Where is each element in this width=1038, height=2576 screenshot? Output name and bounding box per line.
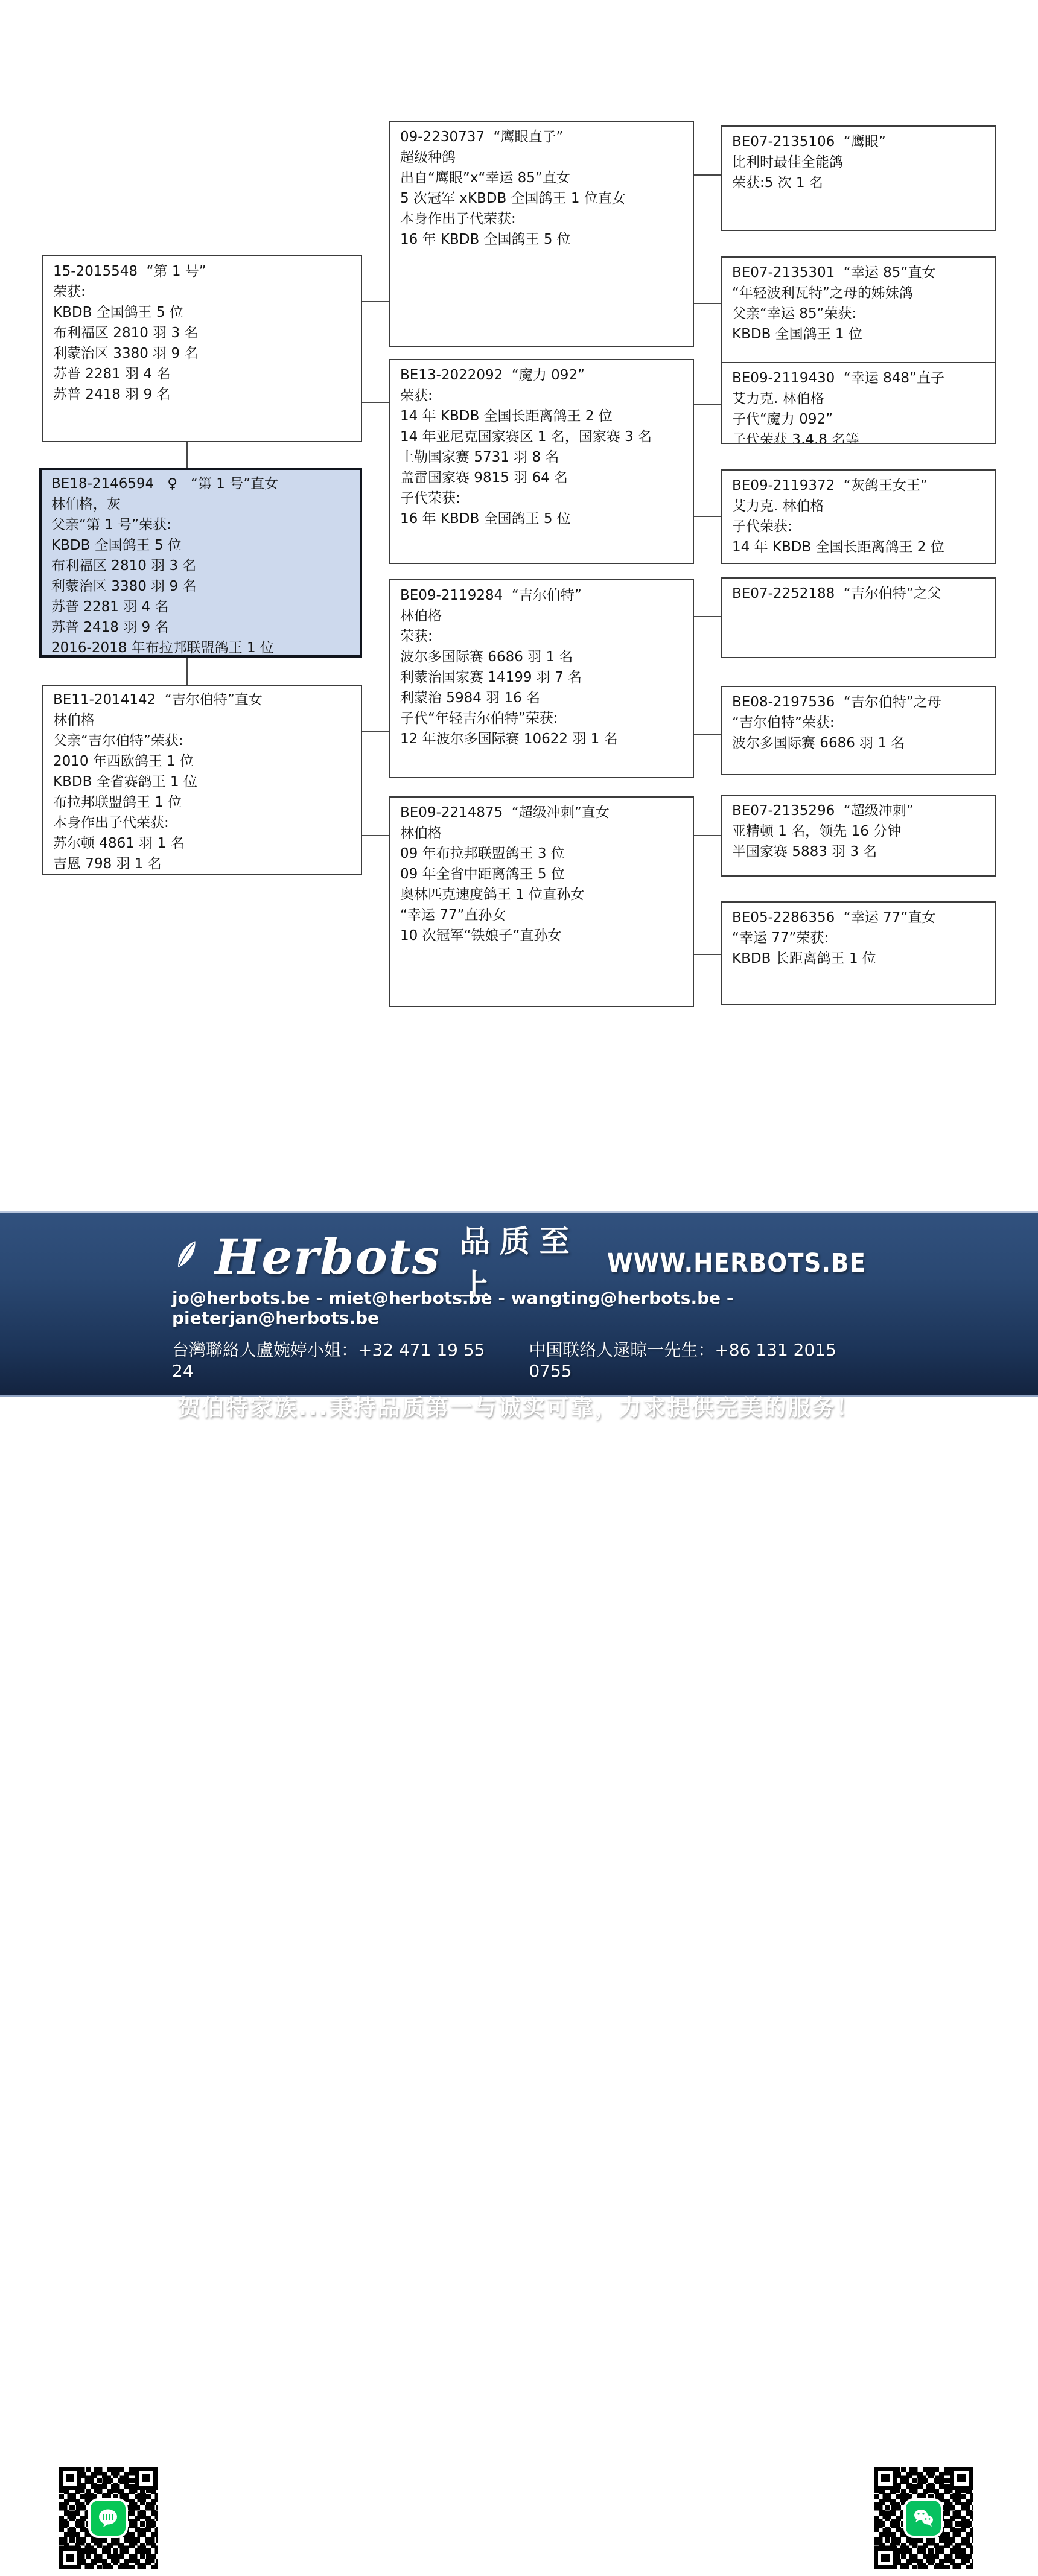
- pedigree-text-line: 亚精顿 1 名，领先 16 分钟: [732, 821, 985, 842]
- pedigree-box-sire-dam-dam: BE09-2119372 “灰鸽王女王”艾力克. 林伯格子代荣获:14 年 KB…: [721, 469, 996, 564]
- pedigree-text-line: 利蒙治区 3380 羽 9 名: [53, 343, 351, 364]
- pedigree-text-line: 14 年 KBDB 全国长距离鸽王 2 位: [400, 406, 683, 427]
- pedigree-text-line: BE09-2214875 “超级冲刺”直女: [400, 802, 683, 823]
- pedigree-text-line: 波尔多国际赛 6686 羽 1 名: [400, 647, 683, 667]
- brand-logo: Herbots: [215, 1232, 441, 1281]
- pedigree-text-line: 艾力克. 林伯格: [732, 496, 985, 516]
- pedigree-text-line: “吉尔伯特”荣获:: [732, 712, 985, 733]
- connector-line: [694, 404, 721, 405]
- connector-line: [694, 835, 721, 836]
- pedigree-text-line: 波尔多国际赛 6686 羽 1 名: [732, 733, 985, 753]
- pedigree-text-line: 12 年波尔多国际赛 10622 羽 1 名: [400, 729, 683, 749]
- pedigree-text-line: KBDB 全国鸽王 5 位: [51, 535, 350, 556]
- pedigree-text-line: 父亲“幸运 85”荣获:: [732, 303, 985, 324]
- pedigree-text-line: BE09-2119430 “幸运 848”直子: [732, 368, 985, 389]
- pedigree-text-line: BE08-2197536 “吉尔伯特”之母: [732, 692, 985, 712]
- pedigree-text-line: 子代“魔力 092”: [732, 409, 985, 430]
- pedigree-text-line: 子代荣获:: [400, 488, 683, 509]
- pedigree-text-line: 2016-2018 年布拉邦联盟鸽王 1 位: [51, 638, 350, 658]
- website-url[interactable]: WWW.HERBOTS.BE: [607, 1248, 866, 1278]
- pedigree-text-line: 利蒙治国家赛 14199 羽 7 名: [400, 667, 683, 688]
- connector-line: [362, 835, 389, 836]
- pedigree-text-line: 09 年布拉邦联盟鸽王 3 位: [400, 843, 683, 864]
- connector-line: [694, 954, 721, 955]
- pedigree-text-line: “年轻波利瓦特”之母的姊妹鸽: [732, 283, 985, 303]
- connector-line: [694, 734, 721, 735]
- pedigree-text-line: 苏普 2281 羽 4 名: [51, 597, 350, 617]
- pedigree-text-line: 苏普 2281 羽 4 名: [53, 364, 351, 384]
- connector-line: [186, 658, 188, 685]
- pedigree-text-line: 荣获:5 次 1 名: [732, 173, 985, 193]
- qr-finder-icon: [59, 2467, 81, 2490]
- pedigree-text-line: BE05-2286356 “幸运 77”直女: [732, 907, 985, 928]
- pedigree-text-line: 利蒙治区 3380 羽 9 名: [51, 576, 350, 597]
- pedigree-text-line: 09-2230737 “鹰眼直子”: [400, 127, 683, 147]
- pedigree-text-line: “幸运 77”直孙女: [400, 905, 683, 925]
- pedigree-text-line: 14 年亚尼克国家赛区 1 名，国家赛 3 名: [400, 427, 683, 447]
- pedigree-text-line: 本身作出子代荣获:: [400, 209, 683, 229]
- contact-china: 中国联络人逯晾一先生：+86 131 2015 0755: [529, 1337, 866, 1381]
- pedigree-text-line: 布利福区 2810 羽 3 名: [51, 556, 350, 576]
- pedigree-text-line: 14 年 KBDB 全国长距离鸽王 2 位: [732, 537, 985, 557]
- pedigree-text-line: 林伯格，灰: [51, 494, 350, 515]
- pedigree-text-line: 艾力克. 林伯格: [732, 389, 985, 409]
- pedigree-box-sire-dam: BE13-2022092 “魔力 092”荣获:14 年 KBDB 全国长距离鸽…: [389, 359, 694, 564]
- qr-finder-icon: [874, 2546, 897, 2569]
- pedigree-text-line: 16 年 KBDB 全国鸽王 5 位: [400, 229, 683, 250]
- pedigree-text-line: BE18-2146594 ♀ “第 1 号”直女: [51, 474, 350, 494]
- pedigree-box-sire-dam-sire: BE09-2119430 “幸运 848”直子艾力克. 林伯格子代“魔力 092…: [721, 362, 996, 444]
- pedigree-text-line: BE07-2135296 “超级冲刺”: [732, 801, 985, 821]
- contact-emails[interactable]: jo@herbots.be - miet@herbots.be - wangti…: [172, 1288, 866, 1328]
- wechat-icon: [906, 2501, 941, 2536]
- wechat-qr-code: [867, 2460, 979, 2576]
- footer-slogan: 贺伯特家族...秉持品质第一与诚实可靠，力求提供完美的服务！: [177, 1389, 860, 1422]
- connector-line: [186, 442, 188, 468]
- line-qr-code: [52, 2460, 164, 2576]
- pedigree-text-line: 半国家赛 5883 羽 3 名: [732, 842, 985, 862]
- connector-line: [694, 174, 721, 176]
- pedigree-text-line: 盖雷国家赛 9815 羽 64 名: [400, 468, 683, 488]
- pedigree-text-line: 09 年全省中距离鸽王 5 位: [400, 864, 683, 884]
- pedigree-text-line: 苏普 2418 羽 9 名: [51, 617, 350, 638]
- pedigree-text-line: 本身作出子代荣获:: [53, 813, 351, 833]
- line-icon: [91, 2501, 126, 2536]
- connector-line: [694, 616, 721, 617]
- pedigree-text-line: BE13-2022092 “魔力 092”: [400, 365, 683, 385]
- pedigree-box-sire-sire-dam: BE07-2135301 “幸运 85”直女“年轻波利瓦特”之母的姊妹鸽父亲“幸…: [721, 256, 996, 368]
- pedigree-text-line: 超级种鸽: [400, 147, 683, 168]
- pedigree-text-line: KBDB 全省赛鸽王 1 位: [53, 772, 351, 792]
- pedigree-text-line: 5 次冠军 xKBDB 全国鸽王 1 位直女: [400, 188, 683, 209]
- pedigree-text-line: KBDB 长距离鸽王 1 位: [732, 948, 985, 969]
- pedigree-text-line: 10 次冠军“铁娘子”直孙女: [400, 925, 683, 946]
- pedigree-text-line: BE07-2135106 “鹰眼”: [732, 132, 985, 152]
- pedigree-text-line: 布利福区 2810 羽 3 名: [53, 323, 351, 343]
- connector-line: [362, 402, 389, 403]
- connector-line: [694, 303, 721, 304]
- pedigree-box-dam-dam-dam: BE05-2286356 “幸运 77”直女“幸运 77”荣获:KBDB 长距离…: [721, 901, 996, 1005]
- pedigree-text-line: 苏普 2418 羽 9 名: [53, 384, 351, 405]
- pedigree-box-dam-dam-sire: BE07-2135296 “超级冲刺”亚精顿 1 名，领先 16 分钟半国家赛 …: [721, 795, 996, 877]
- qr-finder-icon: [135, 2467, 158, 2490]
- pedigree-box-sire: 15-2015548 “第 1 号”荣获:KBDB 全国鸽王 5 位布利福区 2…: [42, 255, 362, 442]
- footer-banner: Herbots 品质至上 WWW.HERBOTS.BE jo@herbots.b…: [0, 1211, 1038, 1397]
- pedigree-text-line: 布拉邦联盟鸽王 1 位: [53, 792, 351, 813]
- pedigree-text-line: 荣获:: [400, 385, 683, 406]
- pedigree-text-line: 苏尔顿 4861 羽 1 名: [53, 833, 351, 854]
- pedigree-box-subject: BE18-2146594 ♀ “第 1 号”直女林伯格，灰父亲“第 1 号”荣获…: [39, 468, 362, 658]
- pedigree-text-line: 荣获:: [400, 626, 683, 647]
- connector-line: [362, 301, 389, 302]
- contact-taiwan: 台灣聯絡人盧婉婷小姐：+32 471 19 55 24: [172, 1337, 494, 1381]
- pedigree-text-line: 利蒙治 5984 羽 16 名: [400, 688, 683, 708]
- pedigree-text-line: KBDB 全国鸽王 5 位: [53, 302, 351, 323]
- pedigree-text-line: KBDB 全国鸽王 1 位: [732, 324, 985, 344]
- pedigree-box-dam-sire: BE09-2119284 “吉尔伯特”林伯格荣获:波尔多国际赛 6686 羽 1…: [389, 579, 694, 778]
- pedigree-box-dam-dam: BE09-2214875 “超级冲刺”直女林伯格09 年布拉邦联盟鸽王 3 位0…: [389, 796, 694, 1007]
- pedigree-text-line: 土勒国家赛 5731 羽 8 名: [400, 447, 683, 468]
- pedigree-text-line: 林伯格: [53, 710, 351, 731]
- pedigree-box-dam-sire-sire: BE07-2252188 “吉尔伯特”之父: [721, 577, 996, 658]
- feather-icon: [169, 1234, 205, 1275]
- connector-line: [694, 516, 721, 517]
- pedigree-text-line: “幸运 77”荣获:: [732, 928, 985, 948]
- pedigree-box-dam-sire-dam: BE08-2197536 “吉尔伯特”之母“吉尔伯特”荣获:波尔多国际赛 668…: [721, 686, 996, 775]
- pedigree-text-line: 荣获:: [53, 282, 351, 302]
- qr-finder-icon: [59, 2546, 81, 2569]
- qr-finder-icon: [950, 2467, 973, 2490]
- qr-finder-icon: [874, 2467, 897, 2490]
- pedigree-text-line: BE09-2119284 “吉尔伯特”: [400, 585, 683, 606]
- pedigree-text-line: 吉恩 798 羽 1 名: [53, 854, 351, 874]
- pedigree-text-line: BE07-2135301 “幸运 85”直女: [732, 262, 985, 283]
- pedigree-text-line: 林伯格: [400, 823, 683, 843]
- pedigree-text-line: 15-2015548 “第 1 号”: [53, 261, 351, 282]
- pedigree-box-dam: BE11-2014142 “吉尔伯特”直女林伯格父亲“吉尔伯特”荣获:2010 …: [42, 685, 362, 875]
- pedigree-text-line: BE07-2252188 “吉尔伯特”之父: [732, 583, 985, 604]
- connector-line: [362, 731, 389, 732]
- pedigree-text-line: 林伯格: [400, 606, 683, 626]
- pedigree-text-line: 子代“年轻吉尔伯特”荣获:: [400, 708, 683, 729]
- pedigree-box-sire-sire: 09-2230737 “鹰眼直子”超级种鸽出自“鹰眼”x“幸运 85”直女5 次…: [389, 121, 694, 347]
- pedigree-text-line: BE09-2119372 “灰鸽王女王”: [732, 475, 985, 496]
- pedigree-text-line: 父亲“吉尔伯特”荣获:: [53, 731, 351, 751]
- pedigree-text-line: 出自“鹰眼”x“幸运 85”直女: [400, 168, 683, 188]
- pedigree-text-line: 2010 年西欧鸽王 1 位: [53, 751, 351, 772]
- pedigree-text-line: BE11-2014142 “吉尔伯特”直女: [53, 690, 351, 710]
- pedigree-text-line: 16 年 KBDB 全国鸽王 5 位: [400, 509, 683, 529]
- pedigree-text-line: 子代荣获:: [732, 516, 985, 537]
- pedigree-box-sire-sire-sire: BE07-2135106 “鹰眼”比利时最佳全能鸽荣获:5 次 1 名: [721, 125, 996, 231]
- pedigree-text-line: 父亲“第 1 号”荣获:: [51, 515, 350, 535]
- pedigree-text-line: 比利时最佳全能鸽: [732, 152, 985, 173]
- pedigree-text-line: 奥林匹克速度鸽王 1 位直孙女: [400, 884, 683, 905]
- pedigree-text-line: 子代荣获 3,4,8 名等: [732, 430, 985, 444]
